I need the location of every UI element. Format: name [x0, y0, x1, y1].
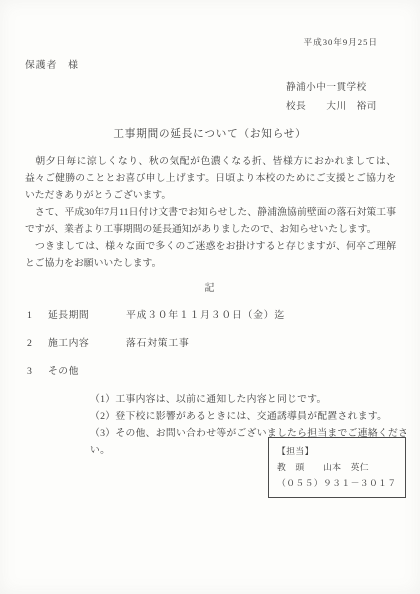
- contact-phone-number: （０５５）９３１－３０１７: [277, 475, 397, 491]
- item-value: 落石対策工事: [126, 335, 190, 352]
- contact-box-header: 【担当】: [277, 443, 397, 459]
- item-number: 1: [27, 307, 48, 324]
- document-date: 平成30年9月25日: [0, 0, 420, 48]
- item-label: 施工内容: [48, 335, 126, 352]
- sender-school-name: 静浦小中一貫学校: [286, 78, 420, 97]
- sender-block: 静浦小中一貫学校 校長 大川 裕司: [286, 78, 420, 116]
- record-item-other: 3 その他: [27, 363, 420, 380]
- item-label: 延長期間: [48, 307, 126, 324]
- sender-principal-name: 校長 大川 裕司: [286, 97, 420, 116]
- item-number: 2: [27, 335, 48, 352]
- body-text: 朝夕日毎に涼しくなり、秋の気配が色濃くなる折、皆様方におかれましては、益々ご健勝…: [25, 153, 396, 272]
- record-item-construction-content: 2 施工内容 落石対策工事: [27, 335, 420, 352]
- addressee-line: 保護者 様: [25, 57, 420, 71]
- body-paragraph-main: さて、平成30年7月11日付け文書でお知らせした、静浦漁協前壁面の落石対策工事で…: [25, 204, 396, 238]
- sub-item-traffic-guide: （2）登下校に影響があるときには、交通誘導員が配置されます。: [90, 408, 420, 425]
- item-label: その他: [48, 363, 126, 380]
- sub-item-construction-content: （1）工事内容は、以前に通知した内容と同じです。: [90, 391, 420, 408]
- document-title: 工事期間の延長について（お知らせ）: [0, 126, 420, 141]
- record-items: 1 延長期間 平成３０年１１月３０日（金）迄 2 施工内容 落石対策工事 3 そ…: [27, 307, 420, 380]
- record-item-extension-period: 1 延長期間 平成３０年１１月３０日（金）迄: [27, 307, 420, 324]
- contact-box: 【担当】 教 頭 山本 英仁 （０５５）９３１－３０１７: [268, 437, 406, 498]
- item-value: 平成３０年１１月３０日（金）迄: [126, 307, 285, 324]
- body-paragraph-closing: つきましては、様々な面で多くのご迷惑をお掛けすると存じますが、何卒ご理解とご協力…: [25, 238, 396, 272]
- record-marker: 記: [0, 279, 420, 294]
- item-number: 3: [27, 363, 48, 380]
- notice-document-page: 平成30年9月25日 保護者 様 静浦小中一貫学校 校長 大川 裕司 工事期間の…: [0, 0, 420, 594]
- body-paragraph-greeting: 朝夕日毎に涼しくなり、秋の気配が色濃くなる折、皆様方におかれましては、益々ご健勝…: [25, 153, 396, 204]
- contact-person-name: 教 頭 山本 英仁: [277, 459, 397, 475]
